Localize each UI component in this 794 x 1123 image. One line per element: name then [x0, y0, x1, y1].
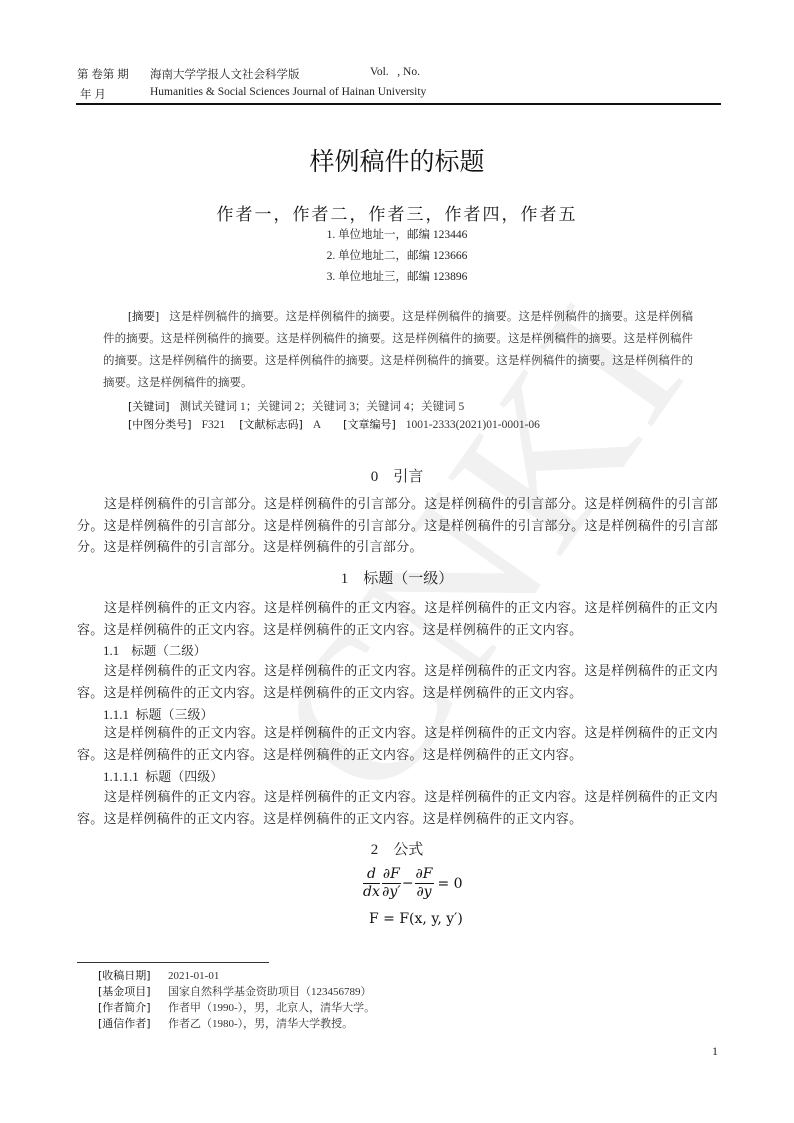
- issue-info: 第 卷第 期: [77, 66, 129, 82]
- header-rule: [76, 103, 721, 105]
- affiliation-2: 2. 单位地址二，邮编 123666: [0, 247, 794, 263]
- fraction-dF-dyprime: ∂F∂y′: [382, 866, 401, 901]
- classification-line: [中图分类号]F321[文献标志码]A[文章编号]1001-2333(2021)…: [128, 416, 540, 432]
- section-heading-level3: 1.1.1 标题（三级）: [103, 704, 214, 723]
- equation-euler-lagrange: ddx∂F∂y′−∂F∂y= 0: [362, 866, 463, 901]
- abstract: [摘要]这是样例稿件的摘要。这是样例稿件的摘要。这是样例稿件的摘要。这是样例稿件…: [103, 306, 693, 394]
- doc-code-value: A: [313, 419, 321, 431]
- equals-zero: = 0: [438, 876, 463, 892]
- minus-sign: −: [402, 876, 414, 892]
- clc-label: [中图分类号]: [128, 418, 192, 431]
- section-heading-level2: 1.1标题（二级）: [103, 641, 206, 659]
- journal-name-en: Humanities & Social Sciences Journal of …: [150, 86, 426, 98]
- level4-paragraph: 这是样例稿件的正文内容。这是样例稿件的正文内容。这是样例稿件的正文内容。这是样例…: [77, 786, 718, 829]
- abstract-label: [摘要]: [128, 311, 159, 323]
- paper-title: 样例稿件的标题: [0, 142, 794, 178]
- keywords: [关键词]测试关键词 1；关键词 2；关键词 3；关键词 4；关键词 5: [128, 398, 464, 414]
- level2-number: 1.1: [103, 643, 119, 658]
- section-heading-intro: 0 引言: [0, 465, 794, 486]
- affiliation-1: 1. 单位地址一，邮编 123446: [0, 226, 794, 242]
- keywords-label: [关键词]: [128, 400, 170, 413]
- level3-paragraph: 这是样例稿件的正文内容。这是样例稿件的正文内容。这是样例稿件的正文内容。这是样例…: [77, 722, 718, 765]
- affiliation-3: 3. 单位地址三，邮编 123896: [0, 268, 794, 284]
- journal-name-cn: 海南大学学报人文社会科学版: [150, 66, 300, 82]
- footnote-rule: [77, 962, 269, 963]
- footnote-corresponding-author: [通信作者]作者乙（1980-），男，清华大学教授。: [98, 1015, 353, 1031]
- keywords-text: 测试关键词 1；关键词 2；关键词 3；关键词 4；关键词 5: [180, 401, 465, 413]
- doc-code-label: [文献标志码]: [239, 418, 303, 431]
- level2-title: 标题（二级）: [131, 643, 206, 658]
- section-heading-level4: 1.1.1.1 标题（四级）: [103, 766, 223, 785]
- author-list: 作者一，作者二，作者三，作者四，作者五: [0, 200, 794, 225]
- page-number: 1: [712, 1044, 718, 1059]
- section-heading-formula: 2 公式: [0, 838, 794, 859]
- equation-functional: F = F(x, y, y′): [369, 911, 463, 927]
- volume-number: Vol. , No.: [370, 66, 420, 78]
- abstract-text: 这是样例稿件的摘要。这是样例稿件的摘要。这是样例稿件的摘要。这是样例稿件的摘要。…: [103, 311, 693, 389]
- clc-value: F321: [202, 419, 226, 431]
- article-no-label: [文章编号]: [343, 418, 396, 431]
- year-month: 年 月: [80, 86, 106, 102]
- footnote-author-bio: [作者简介]作者甲（1990-），男，北京人，清华大学。: [98, 999, 375, 1015]
- intro-paragraph: 这是样例稿件的引言部分。这是样例稿件的引言部分。这是样例稿件的引言部分。这是样例…: [77, 493, 718, 558]
- level2-paragraph: 这是样例稿件的正文内容。这是样例稿件的正文内容。这是样例稿件的正文内容。这是样例…: [77, 660, 718, 703]
- footnote-funding: [基金项目]国家自然科学基金资助项目（123456789）: [98, 983, 372, 999]
- fraction-dF-dy: ∂F∂y: [415, 866, 434, 901]
- level1-paragraph: 这是样例稿件的正文内容。这是样例稿件的正文内容。这是样例稿件的正文内容。这是样例…: [77, 597, 718, 640]
- section-heading-level1: 1 标题（一级）: [0, 567, 794, 588]
- footnote-received-date: [收稿日期]2021-01-01: [98, 967, 219, 983]
- article-no-value: 1001-2333(2021)01-0001-06: [406, 419, 540, 431]
- fraction-d-dx: ddx: [363, 866, 380, 901]
